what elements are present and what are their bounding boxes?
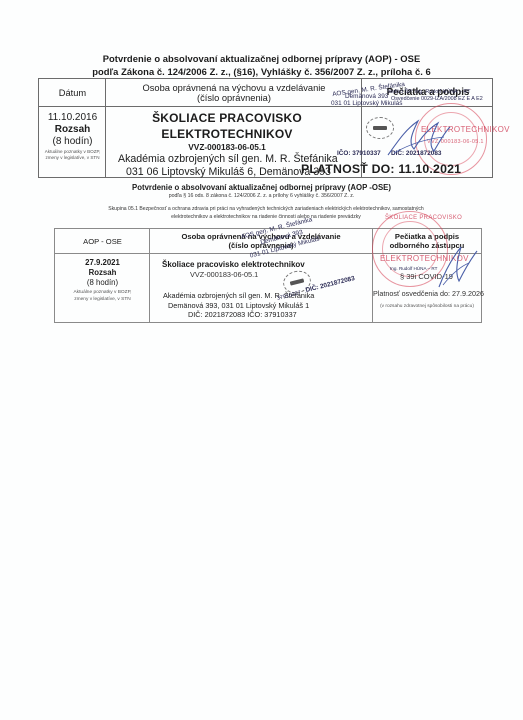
scope-note-line1: Aktuálne poznatky v BOZP, — [55, 288, 150, 296]
header-person: Osoba oprávnená na výchovu a vzdelávanie… — [106, 79, 362, 106]
section1-title-line2: podľa Zákona č. 124/2006 Z. z., (§16), V… — [0, 65, 523, 78]
signature-icon — [435, 241, 481, 291]
section1-date-cell: 11.10.2016 Rozsah (8 hodín) Aktuálne poz… — [39, 112, 106, 161]
section1-heading: Potvrdenie o absolvovaní aktualizačnej o… — [0, 52, 523, 78]
section2-table: AOP - OSE Osoba oprávnená na výchovu a v… — [54, 228, 482, 323]
stamp-ico: IČO: 37910337 — [337, 150, 381, 157]
header-person-line1: Osoba oprávnená na výchovu a vzdelávanie — [143, 83, 326, 93]
scope-label: Rozsah — [55, 268, 150, 278]
header-date: Dátum — [39, 79, 106, 106]
signature-icon — [384, 115, 454, 159]
document-page: { "section1": { "title_line1": "Potvrden… — [0, 0, 523, 720]
header-aop: AOP - OSE — [55, 229, 150, 253]
scope-hours: (8 hodín) — [39, 136, 106, 148]
authorization-code: VVZ-000183-06-05.1 — [106, 142, 364, 153]
lecturer: Ing. Rudolf HÚNA – RT — [390, 265, 437, 272]
scope-note-line2: zmeny v legislatíve, v STN — [55, 296, 150, 303]
section2-date-cell: 27.9.2021 Rozsah (8 hodín) Aktuálne pozn… — [55, 258, 150, 303]
validity-date: PLATNOSŤ DO: 11.10.2021 — [301, 162, 461, 176]
institution-name-line2: ELEKTROTECHNIKOV — [106, 126, 364, 142]
institution-name: Školiace pracovisko elektrotechnikov — [150, 260, 370, 270]
scope-hours: (8 hodín) — [55, 278, 150, 288]
section2-subtitle: podľa § 16 ods. 8 zákona č. 124/2006 Z. … — [0, 193, 523, 200]
address-line2: Demänová 393, 031 01 Liptovský Mikuláš 1 — [150, 301, 370, 311]
section1-title-line1: Potvrdenie o absolvovaní aktualizačnej o… — [0, 52, 523, 65]
section2-title: Potvrdenie o absolvovaní aktualizačnej o… — [0, 183, 523, 193]
lecturer-line2: Osvedčenie 0029-IZA/2008 EZ E A E2 — [391, 96, 483, 103]
scope-label: Rozsah — [39, 124, 106, 136]
address-line3: DIČ: 2021872083 IČO: 37910337 — [150, 310, 370, 320]
validity-date: Platnosť osvedčenia do: 27.9.2026 — [373, 289, 481, 298]
institution-name-line1: ŠKOLIACE PRACOVISKO — [106, 110, 364, 126]
section1-table: Dátum Osoba oprávnená na výchovu a vzdel… — [38, 78, 493, 178]
address-line1: Akadémia ozbrojených síl gen. M. R. Štef… — [150, 291, 370, 301]
section2-person-cell: Školiace pracovisko elektrotechnikov VVZ… — [150, 260, 370, 320]
validity-note: (v rozsahu zdravotnej spôsobilosti na pr… — [373, 304, 481, 309]
scope-note: Aktuálne poznatky v BOZP, zmeny v legisl… — [39, 148, 106, 161]
red-stamp-top: ŠKOLIACE PRACOVISKO — [385, 215, 462, 221]
institution-stamp-line2: Demänová 393 — [345, 93, 388, 100]
lecturer-line1: Vedúci ŠP: Ing. Rudolf HÚNA – RT — [387, 89, 471, 96]
header-person-line2: (číslo oprávnenia) — [197, 93, 271, 103]
training-date: 27.9.2021 — [55, 258, 150, 268]
training-date: 11.10.2016 — [39, 112, 106, 124]
